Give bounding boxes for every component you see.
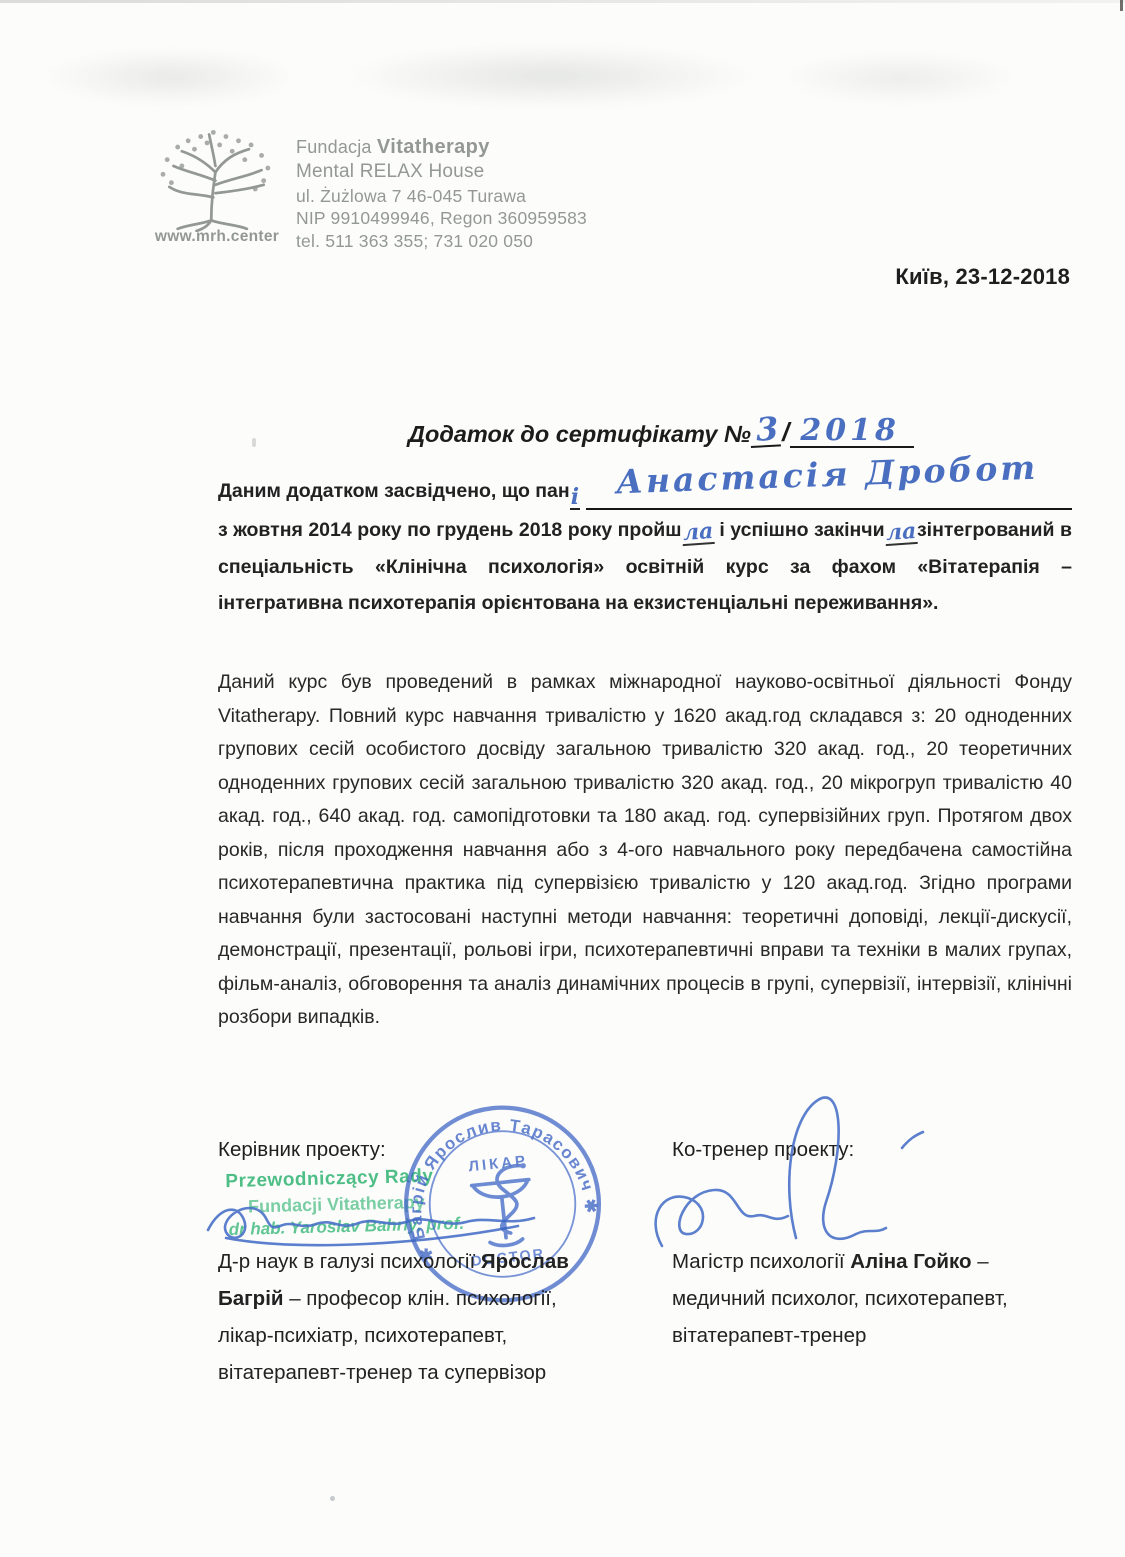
org-stamp: www.mrh.center Fundacja Vitatherapy Ment… <box>146 124 587 253</box>
scan-corner-artifact <box>1120 0 1123 11</box>
org-address-line: ul. Żużlowa 7 46-045 Turawa <box>296 185 587 208</box>
org-name-line: Fundacja Vitatherapy <box>296 134 587 160</box>
cotrainer-signature <box>644 1086 944 1264</box>
paper-speck <box>330 1496 335 1501</box>
handwritten-ending: ла <box>681 520 715 546</box>
paper-noise <box>340 44 760 108</box>
bowl-of-hygieia-icon <box>470 1163 535 1249</box>
paper-speck <box>252 438 256 447</box>
left-credentials: Д-р наук в галузі психології Ярослав Баг… <box>218 1244 590 1392</box>
paper-noise <box>40 48 300 106</box>
cert-number-slash: / <box>782 417 789 448</box>
body-paragraph: Даний курс був проведений в рамках міжна… <box>218 666 1072 1035</box>
org-phone-line: tel. 511 363 355; 731 020 050 <box>296 230 587 253</box>
handwritten-gender-letter: і <box>570 486 580 510</box>
paper-noise <box>780 52 1020 104</box>
doc-title-label: Додаток до сертифікату № <box>408 421 751 448</box>
intro-text: з жовтня 2014 року по грудень 2018 року … <box>218 512 1072 622</box>
handwritten-name: Анастасія Дробот <box>615 437 1039 514</box>
right-credentials: Магістр психології Аліна Гойко – медични… <box>672 1244 1072 1355</box>
name-underline: Анастасія Дробот <box>586 464 1072 510</box>
project-lead-label: Керівник проекту: <box>218 1138 386 1162</box>
handwritten-cert-number: 3 <box>749 414 781 447</box>
org-nip-line: NIP 9910499946, Regon 360959583 <box>296 207 587 230</box>
org-subname-line: Mental RELAX House <box>296 160 587 185</box>
org-website: www.mrh.center <box>155 228 279 246</box>
intro-paragraph: Даним додатком засвідчено, що пані Анаст… <box>218 464 1072 622</box>
scan-top-edge <box>0 0 1125 3</box>
scanned-certificate-page: www.mrh.center Fundacja Vitatherapy Ment… <box>0 0 1125 1557</box>
tree-logo-icon <box>146 124 288 232</box>
date-line: Київ, 23-12-2018 <box>895 264 1070 290</box>
intro-label: Даним додатком засвідчено, що пан <box>218 473 570 510</box>
cotrainer-name: Аліна Гойко <box>850 1250 971 1273</box>
handwritten-ending: ла <box>884 520 918 546</box>
